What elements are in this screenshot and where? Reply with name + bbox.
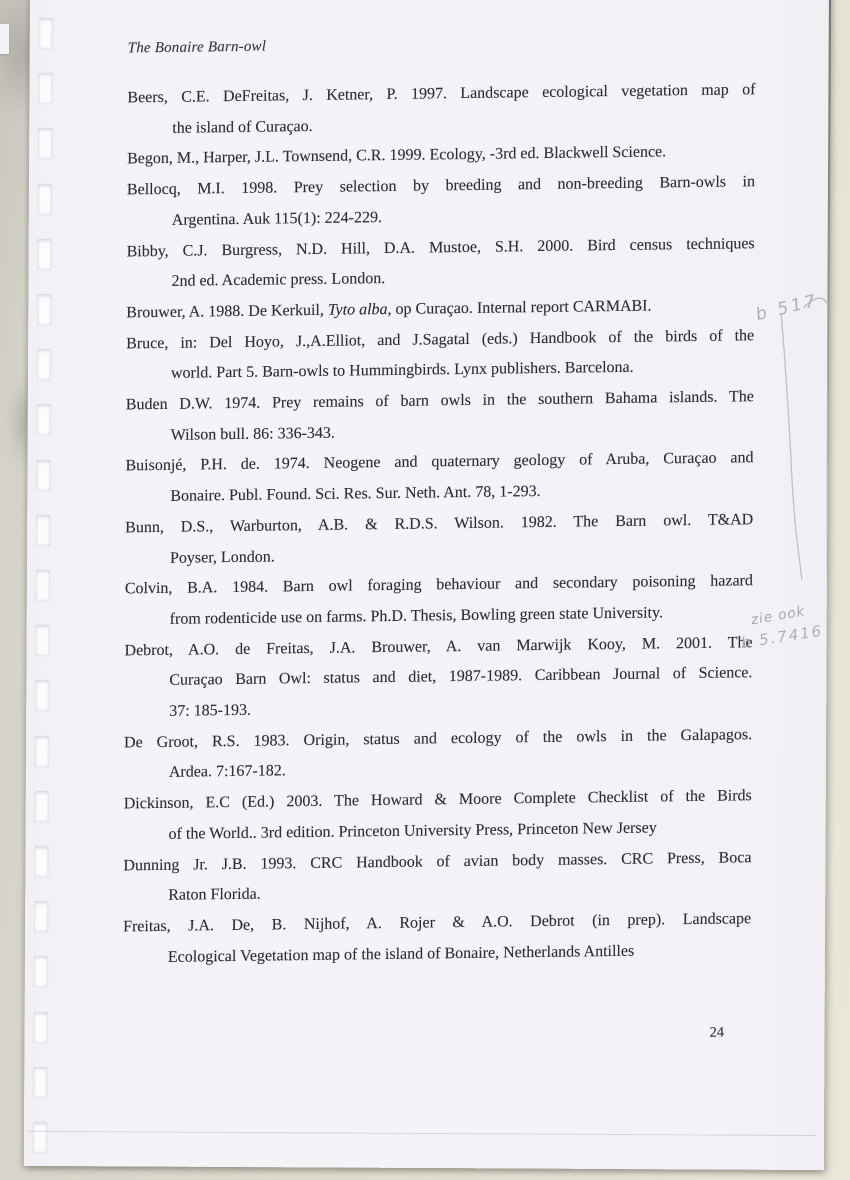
paper-sheet: The Bonaire Barn-owl Beers, C.E. DeFreit… <box>24 0 830 1170</box>
reference-item: Colvin, B.A. 1984. Barn owl foraging beh… <box>125 566 753 636</box>
reference-item: Bunn, D.S., Warburton, A.B. & R.D.S. Wil… <box>125 505 753 575</box>
reference-item: Buden D.W. 1974. Prey remains of barn ow… <box>126 382 754 452</box>
reference-item: Bruce, in: Del Hoyo, J.,A.Elliot, and J.… <box>126 321 754 391</box>
binding-hole <box>34 901 48 932</box>
binding-hole <box>38 184 52 215</box>
binding-hole <box>38 239 52 270</box>
binding-hole <box>37 404 51 435</box>
binding-hole <box>36 625 50 656</box>
binding-hole <box>38 73 52 104</box>
binding-hole <box>36 515 50 546</box>
running-header: The Bonaire Barn-owl <box>128 32 756 57</box>
binding-hole <box>34 846 48 877</box>
binding-hole <box>36 460 50 491</box>
reference-item: Bibby, C.J. Burgress, N.D. Hill, D.A. Mu… <box>126 229 754 299</box>
binding-hole <box>36 570 50 601</box>
reference-item: Bellocq, M.I. 1998. Prey selection by br… <box>127 167 755 237</box>
binding-hole <box>33 1067 47 1098</box>
reference-item: Dunning Jr. J.B. 1993. CRC Handbook of a… <box>123 843 751 913</box>
reference-item: Buisonjé, P.H. de. 1974. Neogene and qua… <box>125 444 753 514</box>
binder-tab-fragment <box>0 24 9 54</box>
reference-item: Debrot, A.O. de Freitas, J.A. Brouwer, A… <box>124 628 753 728</box>
page-number: 24 <box>709 1025 724 1042</box>
binding-hole <box>37 294 51 325</box>
binding-hole <box>33 1122 47 1153</box>
text-block: The Bonaire Barn-owl Beers, C.E. DeFreit… <box>122 32 756 1140</box>
scanned-document: { "page": { "header": "The Bonaire Barn-… <box>0 0 850 1180</box>
reference-item: Dickinson, E.C (Ed.) 2003. The Howard & … <box>123 781 751 851</box>
handwritten-note-catalog-1: b 517 <box>754 291 821 326</box>
page-edge-shadow <box>826 0 831 632</box>
reference-list: Beers, C.E. DeFreitas, J. Ketner, P. 199… <box>123 75 756 974</box>
binding-hole <box>38 128 52 159</box>
binding-hole <box>34 956 48 987</box>
binding-hole <box>35 680 49 711</box>
binding-hole <box>35 736 49 767</box>
reference-item: De Groot, R.S. 1983. Origin, status and … <box>124 720 752 790</box>
reference-item: Freitas, J.A. De, B. Nijhof, A. Rojer & … <box>123 904 751 974</box>
binding-hole <box>35 791 49 822</box>
binding-hole <box>37 349 51 380</box>
binding-hole <box>33 1012 47 1043</box>
reference-item: Beers, C.E. DeFreitas, J. Ketner, P. 199… <box>127 75 755 145</box>
binding-hole <box>39 18 53 49</box>
